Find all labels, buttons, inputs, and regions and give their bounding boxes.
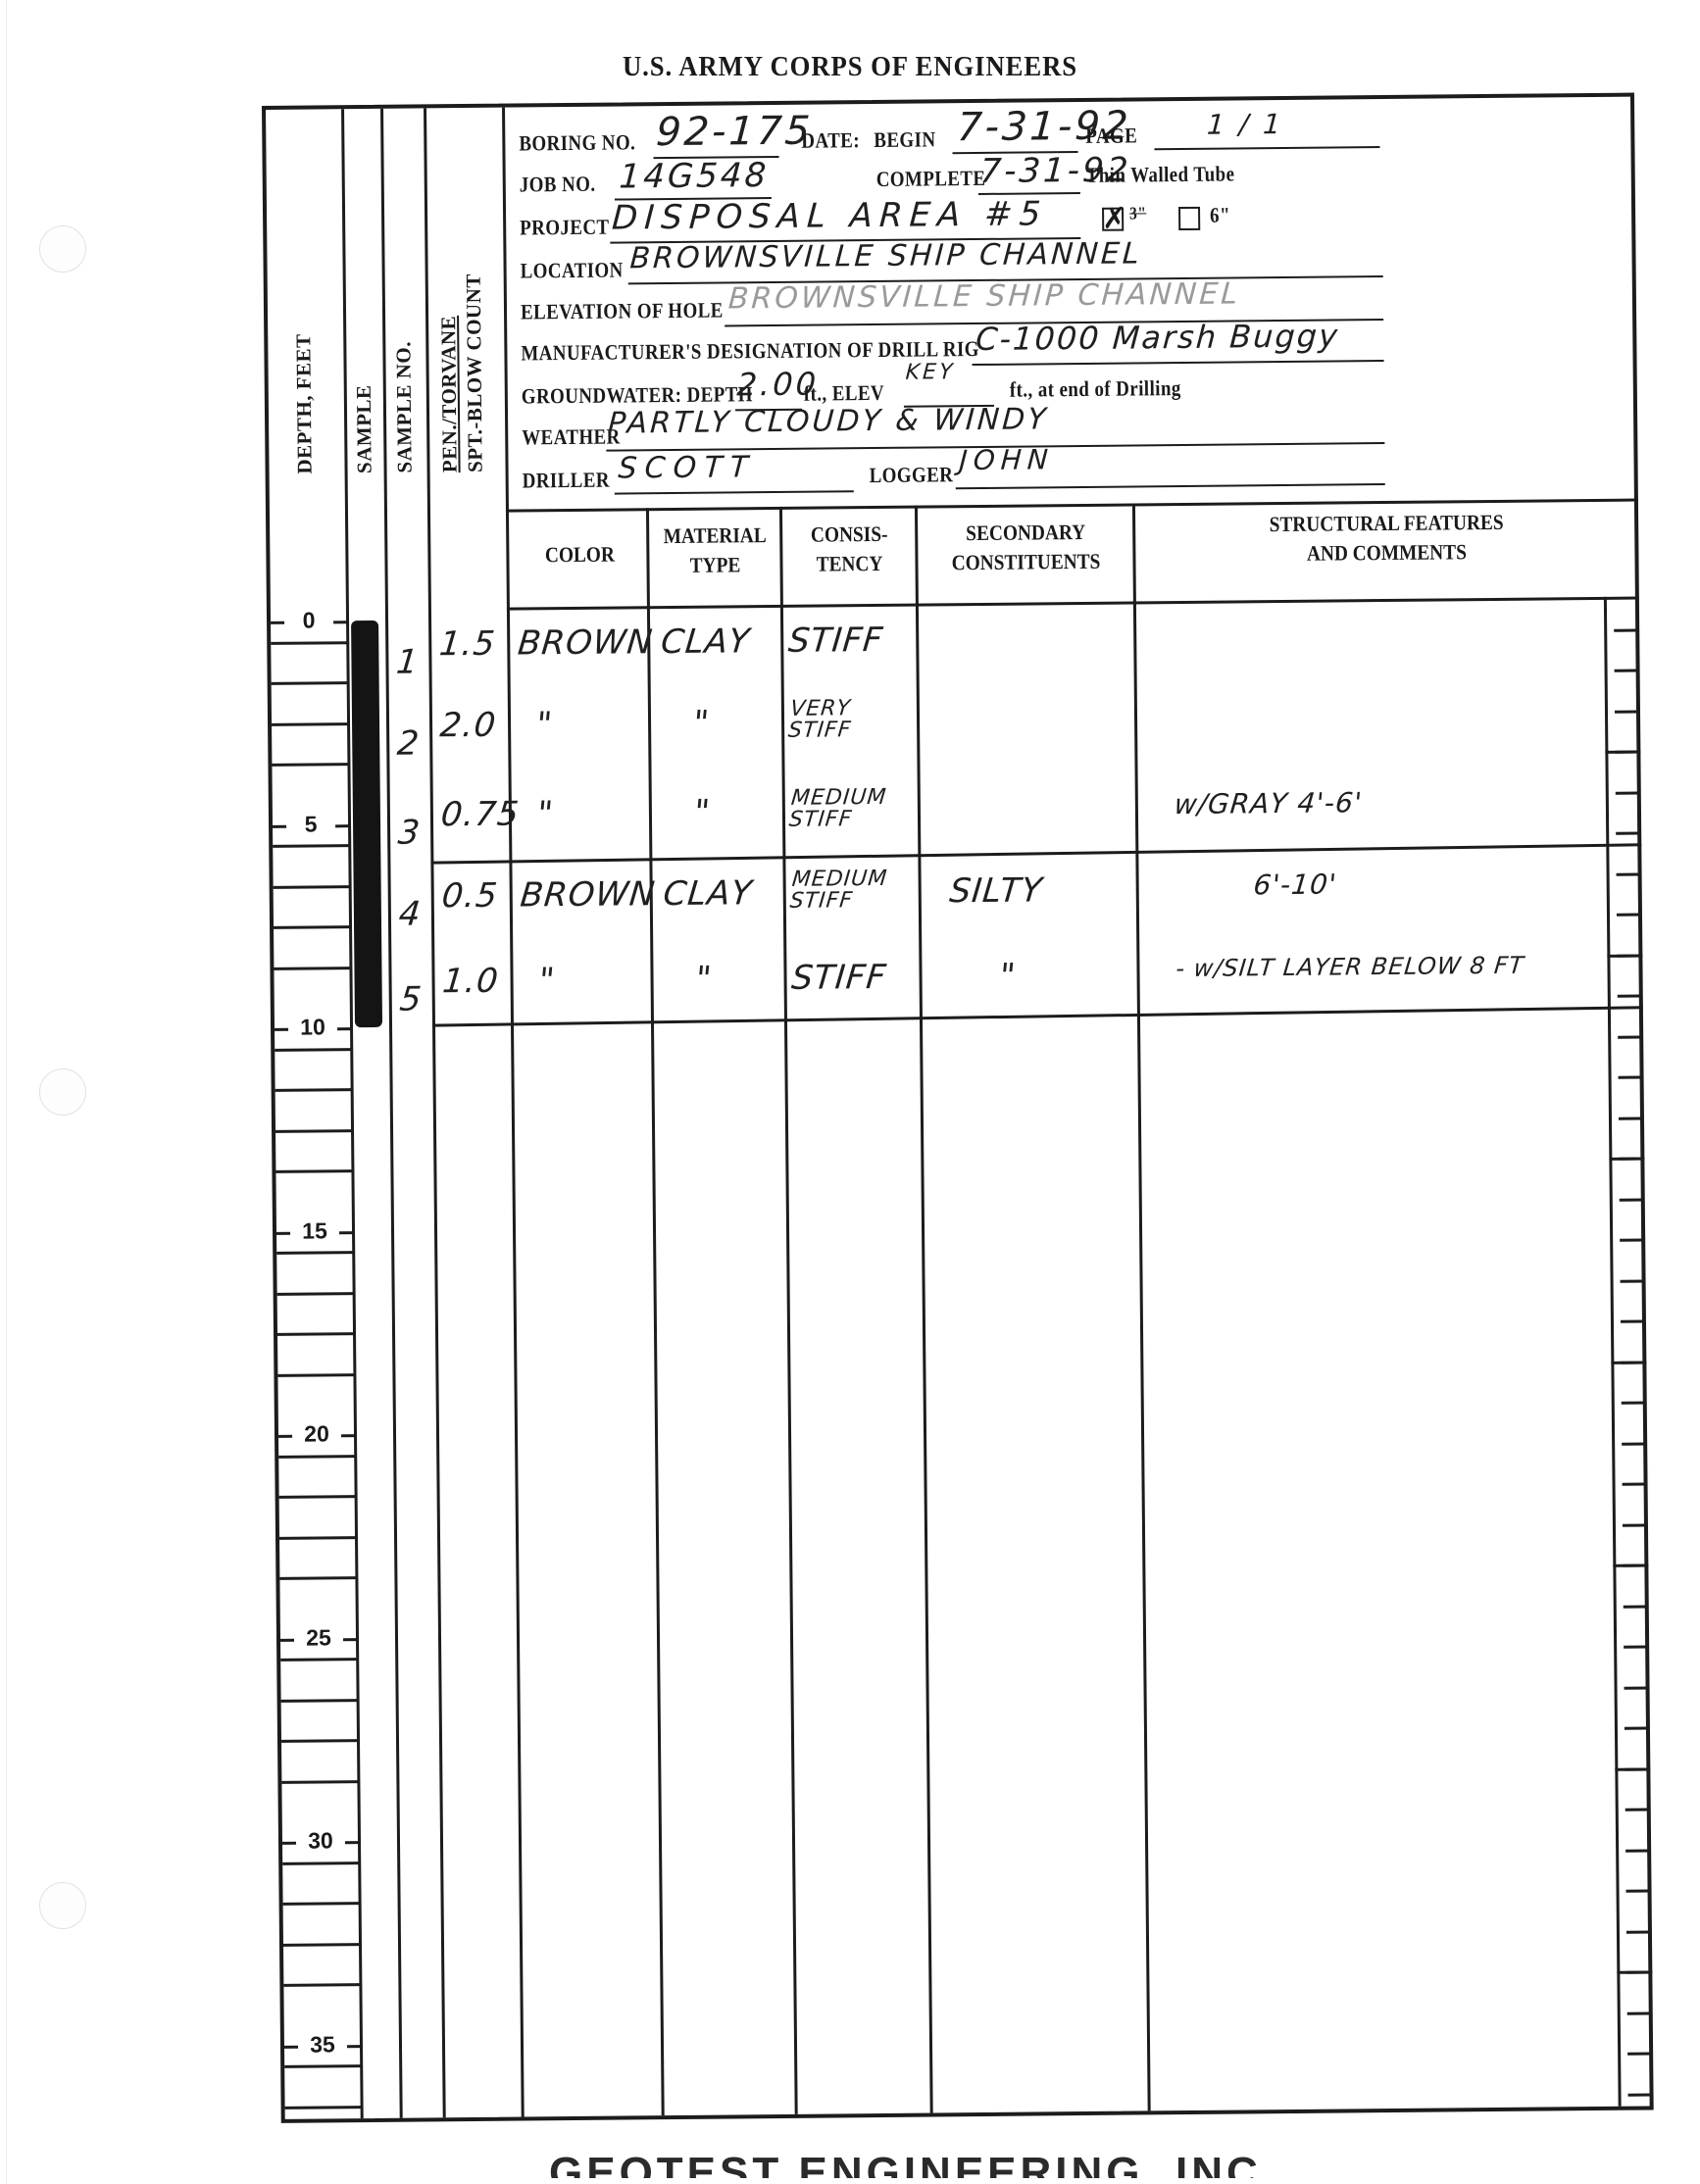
depth-foot-line bbox=[281, 1699, 358, 1703]
cell-no[interactable]: 5 bbox=[398, 980, 424, 1019]
right-scale-tick bbox=[1623, 1483, 1646, 1486]
right-scale-tick bbox=[1615, 670, 1638, 672]
tube-6in-checkbox[interactable] bbox=[1178, 207, 1200, 230]
depth-foot-line bbox=[281, 1739, 358, 1743]
column-header-structural-line1: STRUCTURAL FEATURES bbox=[1165, 507, 1609, 540]
right-scale-major-line bbox=[1605, 751, 1640, 754]
depth-foot-line bbox=[279, 1495, 356, 1499]
depth-label: 5 bbox=[273, 811, 349, 838]
agency-title: U.S. ARMY CORPS OF ENGINEERS bbox=[68, 51, 1631, 83]
right-scale-tick bbox=[1620, 1198, 1643, 1201]
cell-consistency[interactable]: MEDIUMSTIFF bbox=[789, 869, 889, 913]
cell-comments[interactable]: 6'-10' bbox=[1252, 869, 1338, 902]
depth-foot-line bbox=[284, 2064, 361, 2068]
cell-pen[interactable]: 1.0 bbox=[441, 962, 501, 1002]
right-scale-tick bbox=[1617, 914, 1640, 917]
divider-consistency-secondary bbox=[915, 506, 933, 2113]
binder-hole bbox=[39, 1882, 86, 1929]
tube-3in-label: 3" bbox=[1129, 203, 1146, 223]
elevation-value[interactable]: BROWNSVILLE SHIP CHANNEL bbox=[727, 276, 1241, 316]
cell-secondary[interactable]: SILTY bbox=[948, 871, 1045, 912]
depth-foot-line bbox=[275, 1088, 352, 1092]
job-no-value[interactable]: 14G548 bbox=[619, 156, 771, 196]
column-header-secondary-line2: CONSTITUENTS bbox=[930, 547, 1123, 578]
cell-color[interactable]: BROWN bbox=[516, 622, 655, 663]
drill-rig-value[interactable]: C-1000 Marsh Buggy bbox=[975, 317, 1340, 358]
cell-no[interactable]: 1 bbox=[395, 642, 421, 681]
right-scale-tick bbox=[1625, 1686, 1648, 1689]
right-scale-tick bbox=[1621, 1320, 1644, 1323]
depth-scale: 05101520253035 bbox=[266, 97, 1630, 110]
underline bbox=[973, 360, 1384, 366]
spt-blow-count-label: SPT.-BLOW COUNT bbox=[462, 273, 488, 472]
right-scale-tick bbox=[1616, 832, 1639, 835]
depth-foot-line bbox=[273, 844, 349, 848]
underline bbox=[956, 483, 1385, 489]
cell-comments[interactable]: - w/SILT LAYER BELOW 8 FT bbox=[1175, 952, 1525, 982]
column-header-color: COLOR bbox=[520, 539, 640, 570]
right-scale-tick bbox=[1623, 1523, 1646, 1526]
cell-secondary[interactable]: " bbox=[998, 957, 1018, 996]
groundwater-elev-label: ft., ELEV bbox=[804, 380, 884, 407]
underline bbox=[615, 490, 854, 494]
depth-label: 25 bbox=[280, 1624, 357, 1652]
cell-no[interactable]: 3 bbox=[396, 814, 422, 853]
page-label: PAGE bbox=[1085, 123, 1137, 149]
depth-label: 0 bbox=[271, 607, 347, 634]
depth-foot-line bbox=[277, 1292, 354, 1296]
location-label: LOCATION bbox=[521, 257, 624, 283]
cell-material[interactable]: CLAY bbox=[662, 873, 755, 914]
column-header-material: MATERIAL TYPE bbox=[656, 521, 774, 580]
right-scale-tick bbox=[1616, 791, 1639, 794]
thin-walled-tube-label: Thin Walled Tube bbox=[1086, 161, 1235, 187]
cell-color[interactable]: " bbox=[537, 961, 557, 1000]
cell-consistency[interactable]: STIFF bbox=[790, 958, 888, 998]
boring-no-label: BORING NO. bbox=[519, 129, 635, 156]
location-value[interactable]: BROWNSVILLE SHIP CHANNEL bbox=[628, 236, 1142, 275]
sample-interval-bar bbox=[351, 620, 382, 1027]
sample-rows: 11.5BROWNCLAYSTIFF22.0""VERYSTIFF30.75""… bbox=[266, 97, 1630, 110]
cell-no[interactable]: 4 bbox=[397, 895, 423, 934]
binder-hole bbox=[39, 225, 86, 273]
depth-foot-line bbox=[277, 1373, 354, 1377]
depth-foot-line bbox=[271, 641, 347, 645]
right-scale-tick bbox=[1621, 1279, 1644, 1282]
depth-foot-line bbox=[274, 925, 350, 929]
right-scale-tick bbox=[1628, 2093, 1652, 2096]
right-scale-major-line bbox=[1611, 1361, 1646, 1364]
right-scale-tick bbox=[1619, 1076, 1642, 1079]
cell-comments[interactable]: w/GRAY 4'-6' bbox=[1173, 786, 1364, 820]
depth-label: 30 bbox=[282, 1827, 359, 1855]
logger-value[interactable]: JOHN bbox=[959, 443, 1055, 476]
right-scale-major-line bbox=[1613, 1564, 1648, 1567]
right-scale-tick bbox=[1614, 628, 1637, 631]
strata-boundary-line bbox=[430, 843, 1641, 864]
column-header-consistency-line2: TENCY bbox=[790, 549, 910, 579]
page-value[interactable]: 1 / 1 bbox=[1206, 108, 1284, 141]
divider-material-consistency bbox=[779, 507, 798, 2114]
divider-color-material bbox=[646, 508, 665, 2115]
cell-pen[interactable]: 0.5 bbox=[440, 876, 500, 917]
depth-foot-line bbox=[282, 1861, 359, 1865]
depth-foot-line bbox=[272, 763, 348, 767]
right-scale-tick bbox=[1625, 1727, 1648, 1730]
column-header-material-line1: MATERIAL bbox=[656, 521, 774, 551]
cell-consistency[interactable]: VERYSTIFF bbox=[787, 698, 854, 742]
depth-foot-line bbox=[280, 1658, 357, 1662]
depth-label: 35 bbox=[284, 2031, 361, 2059]
weather-value[interactable]: PARTLY CLOUDY & WINDY bbox=[607, 402, 1050, 440]
column-header-consistency-line1: CONSIS- bbox=[789, 520, 909, 550]
depth-foot-line bbox=[272, 722, 348, 726]
right-scale-tick bbox=[1620, 1239, 1643, 1242]
depth-foot-line bbox=[283, 1983, 360, 1987]
right-scale-tick bbox=[1625, 1809, 1649, 1812]
job-no-label: JOB NO. bbox=[520, 172, 596, 198]
depth-feet-label: DEPTH, FEET bbox=[291, 333, 317, 473]
groundwater-elev-value[interactable]: KEY bbox=[905, 360, 956, 385]
column-header-structural: STRUCTURAL FEATURES AND COMMENTS bbox=[1165, 507, 1609, 570]
depth-foot-line bbox=[275, 1169, 352, 1173]
logger-label: LOGGER bbox=[870, 462, 954, 488]
cell-color[interactable]: BROWN bbox=[519, 874, 658, 915]
groundwater-suffix-label: ft., at end of Drilling bbox=[1010, 375, 1181, 403]
right-scale-major-line bbox=[1607, 954, 1642, 957]
depth-foot-line bbox=[274, 885, 350, 889]
depth-foot-line bbox=[279, 1536, 356, 1540]
depth-foot-line bbox=[272, 681, 348, 685]
divider-secondary-structural bbox=[1132, 503, 1151, 2110]
depth-foot-line bbox=[281, 1780, 358, 1784]
cell-color[interactable]: " bbox=[534, 705, 554, 744]
cell-material[interactable]: " bbox=[692, 793, 712, 832]
cell-no[interactable]: 2 bbox=[395, 723, 421, 763]
strata-boundary-line bbox=[432, 1006, 1643, 1026]
right-scale-major-line bbox=[1617, 1971, 1652, 1974]
cell-material[interactable]: " bbox=[691, 704, 711, 743]
driller-value[interactable]: SCOTT bbox=[618, 450, 757, 485]
right-scale-tick bbox=[1624, 1646, 1647, 1649]
column-header-consistency: CONSIS- TENCY bbox=[789, 520, 909, 579]
elevation-label: ELEVATION OF HOLE bbox=[521, 297, 724, 324]
depth-foot-line bbox=[279, 1576, 356, 1580]
right-scale-tick bbox=[1622, 1442, 1645, 1445]
pen-torvane-label: PEN./TORVANE bbox=[436, 316, 463, 473]
cell-pen[interactable]: 2.0 bbox=[438, 706, 498, 746]
cell-consistency[interactable]: MEDIUMSTIFF bbox=[788, 787, 888, 831]
right-scale-major-line bbox=[1615, 1767, 1650, 1770]
depth-label: 15 bbox=[276, 1217, 353, 1245]
depth-foot-line bbox=[278, 1455, 355, 1459]
right-scale-tick bbox=[1618, 995, 1641, 998]
right-scale-tick bbox=[1626, 1930, 1650, 1933]
right-scale-major-line bbox=[1609, 1158, 1644, 1161]
depth-label: 20 bbox=[278, 1420, 355, 1448]
depth-foot-line bbox=[274, 967, 350, 970]
begin-label: BEGIN bbox=[874, 126, 935, 153]
right-scale-tick bbox=[1622, 1402, 1645, 1405]
underline bbox=[1154, 146, 1379, 150]
column-header-structural-line2: AND COMMENTS bbox=[1165, 536, 1609, 570]
checkmark-x-icon: ✗ bbox=[1102, 202, 1126, 236]
depth-foot-line bbox=[275, 1129, 352, 1133]
depth-foot-line bbox=[285, 2106, 362, 2110]
page-left-edge bbox=[6, 0, 7, 2184]
column-header-secondary-line1: SECONDARY bbox=[929, 518, 1122, 549]
right-scale-tick bbox=[1615, 710, 1638, 713]
column-header-secondary: SECONDARY CONSTITUENTS bbox=[929, 518, 1122, 578]
depth-label: 10 bbox=[275, 1014, 351, 1041]
right-scale-tick bbox=[1627, 2011, 1651, 2014]
date-label: DATE: bbox=[801, 127, 860, 154]
complete-label: COMPLETE bbox=[876, 166, 986, 192]
tube-6in-label: 6" bbox=[1210, 203, 1230, 228]
cell-material[interactable]: " bbox=[694, 960, 714, 999]
column-header-divider bbox=[507, 597, 1639, 611]
cell-pen[interactable]: 0.75 bbox=[439, 795, 522, 835]
right-scale-tick bbox=[1618, 1035, 1641, 1038]
sample-no-label: SAMPLE NO. bbox=[391, 341, 417, 473]
right-scale-tick bbox=[1624, 1605, 1647, 1608]
depth-foot-line bbox=[275, 1048, 351, 1052]
right-scale-tick bbox=[1627, 2053, 1651, 2056]
right-scale-tick bbox=[1625, 1849, 1649, 1852]
depth-foot-line bbox=[283, 1902, 360, 1906]
cell-pen[interactable]: 1.5 bbox=[437, 624, 497, 665]
project-label: PROJECT bbox=[520, 215, 610, 241]
sample-label: SAMPLE bbox=[352, 384, 377, 473]
cell-consistency[interactable]: STIFF bbox=[786, 620, 884, 661]
right-scale-tick bbox=[1626, 1890, 1650, 1893]
depth-foot-line bbox=[276, 1251, 353, 1255]
project-value[interactable]: DISPOSAL AREA #5 bbox=[611, 194, 1049, 237]
depth-foot-line bbox=[283, 1943, 360, 1947]
cell-material[interactable]: CLAY bbox=[659, 621, 752, 662]
right-scale-tick bbox=[1617, 872, 1640, 875]
divider-structural-tick bbox=[1604, 597, 1622, 2107]
footer-company: GEOTEST ENGINEERING, INC. bbox=[549, 2149, 1277, 2178]
boring-log-form: DEPTH, FEET SAMPLE SAMPLE NO. PEN./TORVA… bbox=[262, 93, 1654, 2123]
weather-label: WEATHER bbox=[522, 424, 621, 451]
binder-hole bbox=[39, 1068, 86, 1116]
column-header-material-line2: TYPE bbox=[657, 550, 775, 580]
boring-no-value[interactable]: 92-175 bbox=[655, 109, 814, 156]
driller-label: DRILLER bbox=[523, 468, 610, 494]
right-scale-tick bbox=[1619, 1117, 1642, 1119]
depth-foot-line bbox=[277, 1332, 354, 1336]
cell-color[interactable]: " bbox=[535, 794, 555, 833]
